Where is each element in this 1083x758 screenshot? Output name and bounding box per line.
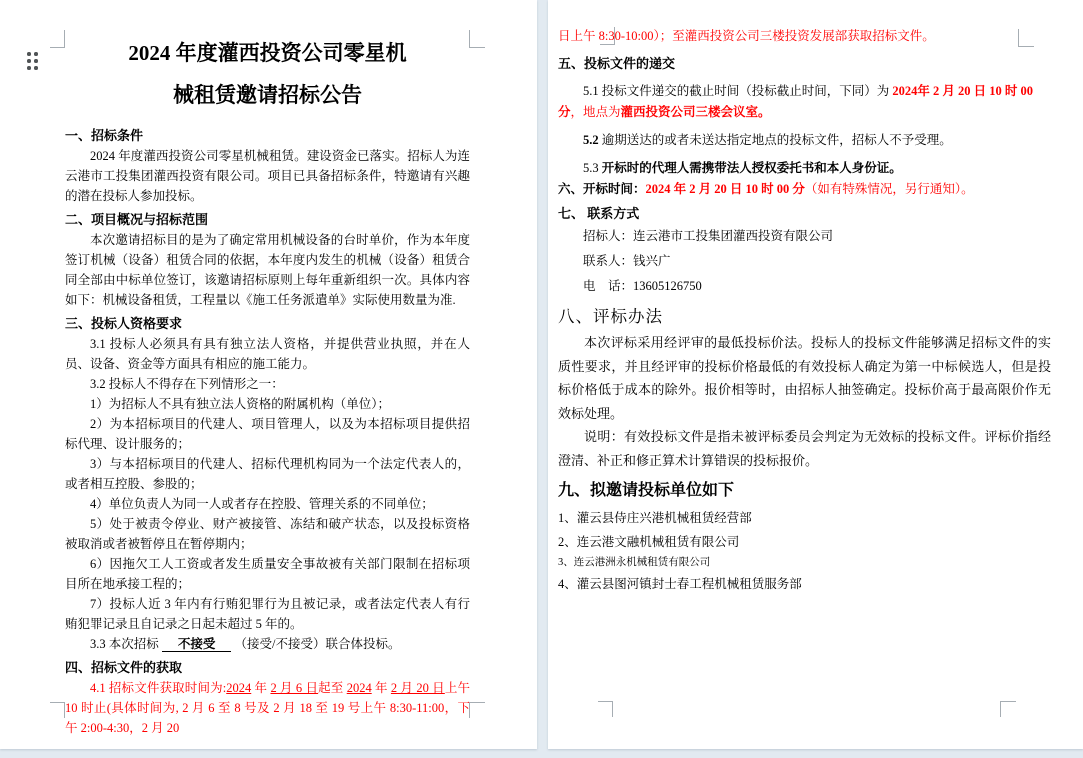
- document-viewer: { "icons": { "drag_handle": "six-dot-gri…: [0, 0, 1083, 758]
- section-9-heading: 九、拟邀请投标单位如下: [558, 478, 1051, 504]
- page-2-text-area: 日上午 8:30-10:00）；至灌西投资公司三楼投资发展部获取招标文件。 五、…: [558, 26, 1051, 596]
- crop-mark-page1-bottom-left: [50, 702, 65, 718]
- list-item-2: 2）为本招标项目的代建人、项目管理人，以及为本招标项目提供招标代理、设计服务的；: [65, 414, 470, 454]
- crop-mark-page1-bottom-right: [469, 702, 485, 718]
- invited-bidder-3: 3、连云港洲永机械租赁有限公司: [558, 554, 1051, 572]
- contact-phone: 电 话：13605126750: [558, 274, 1051, 299]
- section-2-paragraph: 本次邀请招标目的是为了确定常用机械设备的台时单价，作为本年度签订机械（设备）租赁…: [65, 230, 470, 310]
- clause-3-3: 3.3 本次招标 不接受 （接受/不接受）联合体投标。: [65, 634, 470, 654]
- clause-5-3-number: 5.3: [583, 161, 602, 175]
- clause-4-1-seg: 起至: [318, 681, 347, 695]
- crop-mark-page1-top-left: [50, 30, 65, 48]
- clause-4-1-seg: 年: [251, 681, 270, 695]
- contact-person: 联系人：钱兴广: [558, 249, 1051, 274]
- list-item-3: 3）与本招标项目的代建人、招标代理机构同为一个法定代表人的，或者相互控股、参股的…: [65, 454, 470, 494]
- invited-bidder-1: 1、灌云县侍庄兴港机械租赁经营部: [558, 506, 1051, 530]
- clause-5-2: 5.2 逾期送达的或者未送达指定地点的投标文件，招标人不予受理。: [558, 130, 1051, 151]
- clause-5-1: 5.1 投标文件递交的截止时间（投标截止时间，下同）为 2024年 2 月 20…: [558, 81, 1051, 123]
- section-8-paragraph-2: 说明：有效投标文件是指未被评标委员会判定为无效标的投标文件。评标价指经澄清、补正…: [558, 425, 1051, 472]
- section-5-heading: 五、投标文件的递交: [558, 54, 1051, 74]
- crop-mark-page1-top-right: [469, 30, 485, 48]
- opening-note: （如有特殊情况，另行通知）。: [805, 182, 974, 196]
- title-line-1: 2024 年度灌西投资公司零星机: [65, 32, 470, 74]
- clause-4-1-date: 2024: [347, 681, 372, 695]
- clause-3-1: 3.1 投标人必须具有具有独立法人资格，并提供营业执照，并在人员、设备、资金等方…: [65, 334, 470, 374]
- clause-4-1-continued: 日上午 8:30-10:00）；至灌西投资公司三楼投资发展部获取招标文件。: [558, 26, 1051, 47]
- document-page-2: 日上午 8:30-10:00）；至灌西投资公司三楼投资发展部获取招标文件。 五、…: [548, 0, 1083, 749]
- clause-4-1-date: 2024: [226, 681, 251, 695]
- section-1-paragraph: 2024 年度灌西投资公司零星机械租赁。建设资金已落实。招标人为连云港市工投集团…: [65, 146, 470, 206]
- clause-4-1: 4.1 招标文件获取时间为:2024 年 2 月 6 日起至 2024 年 2 …: [65, 678, 470, 738]
- clause-3-3-suffix: （接受/不接受）联合体投标。: [235, 637, 401, 651]
- clause-3-3-prefix: 3.3 本次招标: [90, 637, 159, 651]
- document-page-1: 2024 年度灌西投资公司零星机 械租赁邀请招标公告 一、招标条件 2024 年…: [0, 0, 537, 749]
- six-dot-drag-handle-icon[interactable]: [27, 52, 42, 73]
- contact-bidder: 招标人：连云港市工投集团灌西投资有限公司: [558, 224, 1051, 249]
- invited-bidder-2: 2、连云港文融机械租赁有限公司: [558, 530, 1051, 554]
- opening-datetime: 2024 年 2 月 20 日 10 时 00 分: [646, 182, 805, 196]
- crop-mark-page2-bottom-right: [1000, 701, 1016, 717]
- list-item-6: 6）因拖欠工人工资或者发生质量安全事故被有关部门限制在招标项目所在地承接工程的；: [65, 554, 470, 594]
- section-2-heading: 二、项目概况与招标范围: [65, 210, 470, 230]
- document-title: 2024 年度灌西投资公司零星机 械租赁邀请招标公告: [65, 32, 470, 116]
- clause-3-2: 3.2 投标人不得存在下列情形之一：: [65, 374, 470, 394]
- clause-5-3: 5.3 开标时的代理人需携带法人授权委托书和本人身份证。: [558, 158, 1051, 179]
- crop-mark-page2-top-right: [1018, 29, 1034, 47]
- clause-3-3-blank-value: 不接受: [162, 637, 232, 652]
- clause-5-3-text: 开标时的代理人需携带法人授权委托书和本人身份证。: [602, 161, 902, 175]
- crop-mark-page2-bottom-left: [598, 701, 613, 717]
- clause-4-1-seg: 4.1 招标文件获取时间为:: [90, 681, 226, 695]
- clause-4-1-date: 2 月 6 日: [270, 681, 318, 695]
- clause-5-1-text: 5.1 投标文件递交的截止时间（投标截止时间，下同）为: [583, 84, 892, 98]
- section-6-line: 六、开标时间：2024 年 2 月 20 日 10 时 00 分（如有特殊情况，…: [558, 179, 1051, 200]
- clause-5-2-text: 逾期送达的或者未送达指定地点的投标文件，招标人不予受理。: [602, 133, 952, 147]
- clause-5-2-number: 5.2: [583, 133, 602, 147]
- clause-4-1-seg: 年: [372, 681, 391, 695]
- section-8-heading: 八、评标办法: [558, 305, 1051, 329]
- clause-4-1-date: 2 月 20 日: [391, 681, 445, 695]
- list-item-1: 1）为招标人不具有独立法人资格的附属机构（单位）；: [65, 394, 470, 414]
- list-item-4: 4）单位负责人为同一人或者存在控股、管理关系的不同单位；: [65, 494, 470, 514]
- list-item-7: 7）投标人近 3 年内有行贿犯罪行为且被记录，或者法定代表人有行贿犯罪记录且自记…: [65, 594, 470, 634]
- section-6-heading: 六、开标时间：: [558, 182, 646, 196]
- invited-bidder-4: 4、灌云县图河镇封士春工程机械租赁服务部: [558, 572, 1051, 596]
- clause-5-1-location: 灌西投资公司三楼会议室。: [621, 105, 771, 119]
- section-4-heading: 四、招标文件的获取: [65, 658, 470, 678]
- crop-mark-page2-top-left: [600, 27, 615, 45]
- page-1-text-area: 2024 年度灌西投资公司零星机 械租赁邀请招标公告 一、招标条件 2024 年…: [65, 32, 470, 738]
- list-item-5: 5）处于被责令停业、财产被接管、冻结和破产状态，以及投标资格被取消或者被暂停且在…: [65, 514, 470, 554]
- title-line-2: 械租赁邀请招标公告: [65, 74, 470, 116]
- section-3-heading: 三、投标人资格要求: [65, 314, 470, 334]
- section-1-heading: 一、招标条件: [65, 126, 470, 146]
- clause-5-1-text: ，地点为: [571, 105, 621, 119]
- section-8-paragraph-1: 本次评标采用经评审的最低投标价法。投标人的投标文件能够满足招标文件的实质性要求，…: [558, 331, 1051, 425]
- section-7-heading: 七、 联系方式: [558, 204, 1051, 224]
